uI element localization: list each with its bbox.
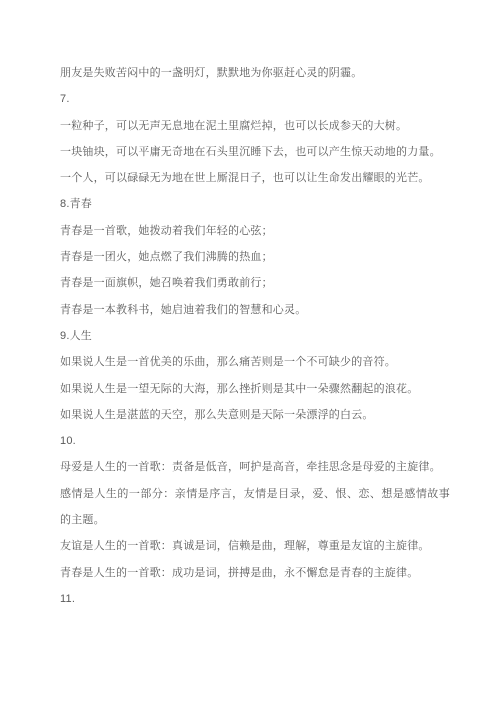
section-number: 7. [60,86,450,112]
paragraph: 朋友是失败苦闷中的一盏明灯，默默地为你驱赶心灵的阴霾。 [60,60,450,86]
paragraph: 如果说人生是一望无际的大海，那么挫折则是其中一朵骤然翻起的浪花。 [60,376,450,402]
paragraph: 一粒种子，可以无声无息地在泥土里腐烂掉，也可以长成参天的大树。 [60,113,450,139]
paragraph: 青春是一团火，她点燃了我们沸腾的热血； [60,244,450,270]
paragraph: 一块铀块，可以平庸无奇地在石头里沉睡下去，也可以产生惊天动地的力量。 [60,139,450,165]
paragraph: 一个人，可以碌碌无为地在世上厮混日子，也可以让生命发出耀眼的光芒。 [60,165,450,191]
section-number: 9.人生 [60,323,450,349]
paragraph: 青春是一本教科书，她启迪着我们的智慧和心灵。 [60,297,450,323]
paragraph: 如果说人生是一首优美的乐曲，那么痛苦则是一个不可缺少的音符。 [60,349,450,375]
section-number: 10. [60,428,450,454]
paragraph: 友谊是人生的一首歌：真诚是词，信赖是曲，理解，尊重是友谊的主旋律。 [60,533,450,559]
section-number: 11. [60,586,450,612]
paragraph: 母爱是人生的一首歌：责备是低音，呵护是高音，牵挂思念是母爱的主旋律。 [60,454,450,480]
section-number: 8.青春 [60,191,450,217]
article-body: 朋友是失败苦闷中的一盏明灯，默默地为你驱赶心灵的阴霾。7.一粒种子，可以无声无息… [0,0,500,612]
paragraph: 青春是一首歌，她拨动着我们年轻的心弦； [60,218,450,244]
paragraph: 青春是人生的一首歌：成功是词，拼搏是曲，永不懈怠是青春的主旋律。 [60,560,450,586]
paragraph: 感情是人生的一部分：亲情是序言，友情是目录，爱、恨、恋、想是感情故事的主题。 [60,481,450,534]
paragraph: 青春是一面旗帜，她召唤着我们勇敢前行； [60,270,450,296]
paragraph: 如果说人生是湛蓝的天空，那么失意则是天际一朵漂浮的白云。 [60,402,450,428]
